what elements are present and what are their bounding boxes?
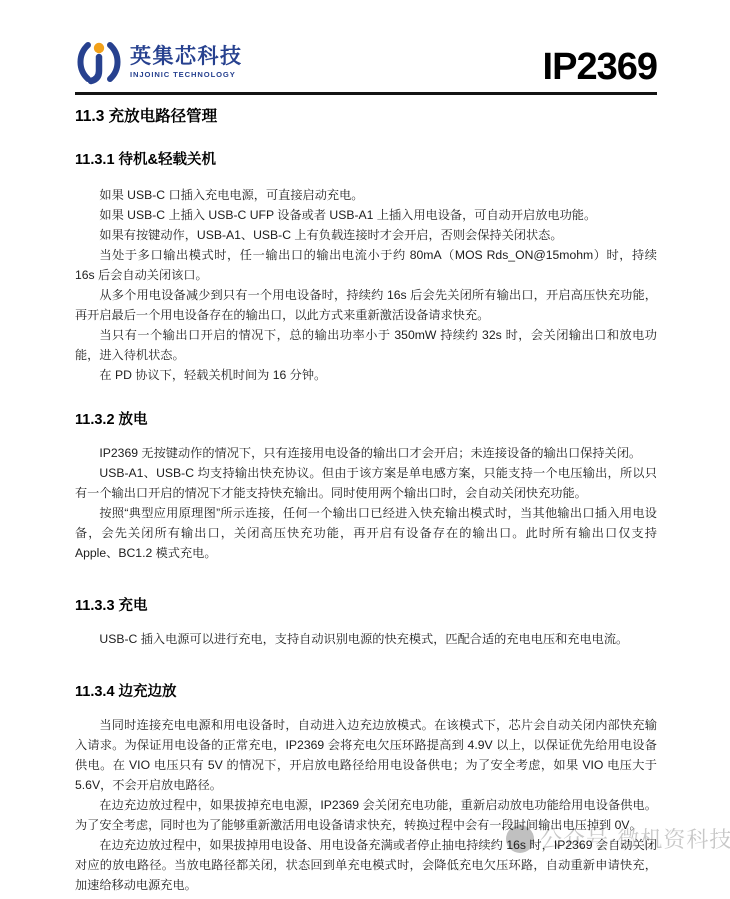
paragraph: USB-C 插入电源可以进行充电，支持自动识别电源的快充模式，匹配合适的充电电压… bbox=[75, 629, 657, 649]
subsection-charge: 11.3.3 充电 USB-C 插入电源可以进行充电，支持自动识别电源的快充模式… bbox=[75, 597, 657, 649]
paragraph: USB-A1、USB-C 均支持输出快充协议。但由于该方案是单电感方案，只能支持… bbox=[75, 463, 657, 503]
header-divider bbox=[75, 92, 657, 95]
subsection-discharge: 11.3.2 放电 IP2369 无按键动作的情况下，只有连接用电设备的输出口才… bbox=[75, 411, 657, 563]
paragraph: IP2369 无按键动作的情况下，只有连接用电设备的输出口才会开启；未连接设备的… bbox=[75, 443, 657, 463]
logo-text: 英集芯科技 INJOINIC TECHNOLOGY bbox=[130, 46, 243, 79]
paragraph: 从多个用电设备减少到只有一个用电设备时，持续约 16s 后会先关闭所有输出口，开… bbox=[75, 285, 657, 325]
paragraph: 在边充边放过程中，如果拔掉充电电源，IP2369 会关闭充电功能，重新启动放电功… bbox=[75, 795, 657, 835]
page-header: 英集芯科技 INJOINIC TECHNOLOGY IP2369 bbox=[75, 30, 657, 86]
paragraph: 当只有一个输出口开启的情况下，总的输出功率小于 350mW 持续约 32s 时，… bbox=[75, 325, 657, 365]
injoinic-logo: 英集芯科技 INJOINIC TECHNOLOGY bbox=[75, 38, 243, 86]
paragraph: 在 PD 协议下，轻载关机时间为 16 分钟。 bbox=[75, 365, 657, 385]
subsection-title: 11.3.3 充电 bbox=[75, 597, 657, 615]
subsection-title: 11.3.4 边充边放 bbox=[75, 683, 657, 701]
paragraph: 当处于多口输出模式时，任一输出口的输出电流小于约 80mA（MOS Rds_ON… bbox=[75, 245, 657, 285]
doc-title: IP2369 bbox=[543, 48, 657, 86]
subsection-title: 11.3.1 待机&轻载关机 bbox=[75, 151, 657, 169]
datasheet-page: 公众号·微机资科技 英集芯科技 INJOINIC TECHNOLOGY IP23… bbox=[0, 0, 730, 899]
subsection-charge-while-discharge: 11.3.4 边充边放 当同时连接充电电源和用电设备时，自动进入边充边放模式。在… bbox=[75, 683, 657, 895]
subsection-standby-light-load: 11.3.1 待机&轻载关机 如果 USB-C 口插入充电电源，可直接启动充电。… bbox=[75, 151, 657, 385]
subsection-title: 11.3.2 放电 bbox=[75, 411, 657, 429]
injoinic-logo-icon bbox=[75, 38, 123, 86]
section-title: 11.3 充放电路径管理 bbox=[75, 107, 657, 127]
page-content: 英集芯科技 INJOINIC TECHNOLOGY IP2369 11.3 充放… bbox=[75, 30, 657, 895]
paragraph: 如果 USB-C 口插入充电电源，可直接启动充电。 bbox=[75, 185, 657, 205]
paragraph: 当同时连接充电电源和用电设备时，自动进入边充边放模式。在该模式下，芯片会自动关闭… bbox=[75, 715, 657, 795]
logo-company-name: 英集芯科技 bbox=[130, 46, 243, 68]
paragraph: 按照“典型应用原理图”所示连接，任何一个输出口已经进入快充输出模式时，当其他输出… bbox=[75, 503, 657, 563]
paragraph: 在边充边放过程中，如果拔掉用电设备、用电设备充满或者停止抽电持续约 16s 时，… bbox=[75, 835, 657, 895]
paragraph: 如果 USB-C 上插入 USB-C UFP 设备或者 USB-A1 上插入用电… bbox=[75, 205, 657, 225]
paragraph: 如果有按键动作，USB-A1、USB-C 上有负载连接时才会开启，否则会保持关闭… bbox=[75, 225, 657, 245]
logo-company-name-en: INJOINIC TECHNOLOGY bbox=[130, 70, 243, 79]
